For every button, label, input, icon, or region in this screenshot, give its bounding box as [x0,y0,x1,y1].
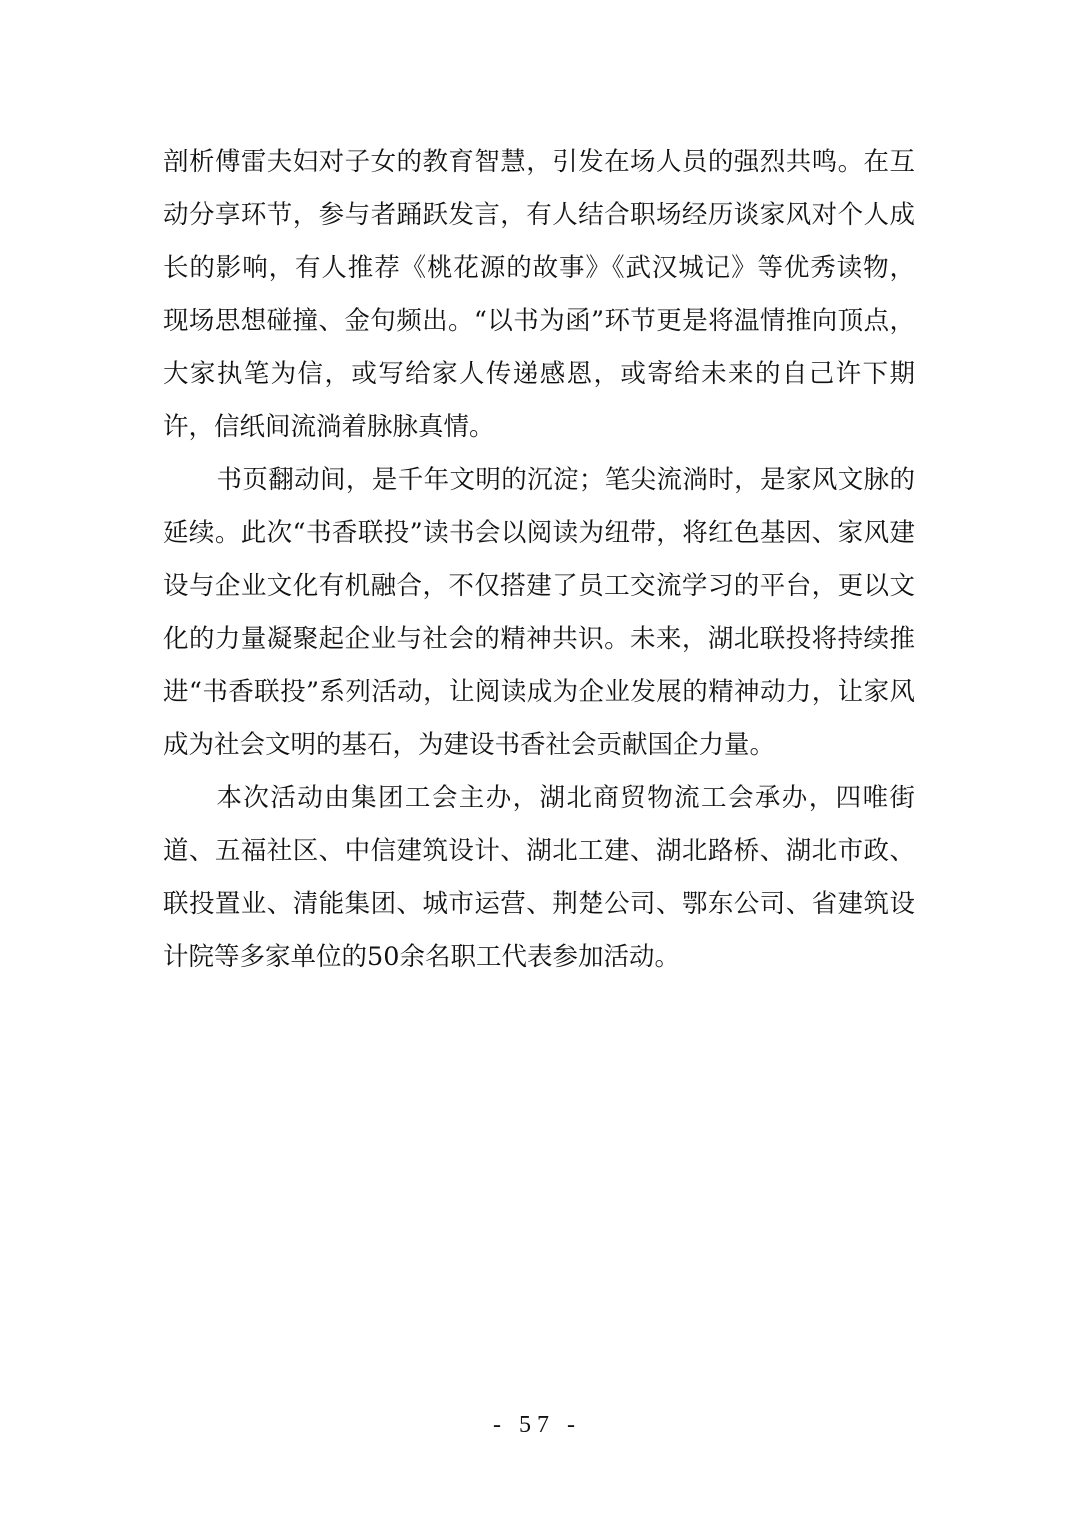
page-number: - 57 - [0,1412,1074,1439]
body-text: 剖析傅雷夫妇对子女的教育智慧，引发在场人员的强烈共鸣。在互动分享环节，参与者踊跃… [163,136,915,984]
paragraph-2: 书页翻动间，是千年文明的沉淀；笔尖流淌时，是家风文脉的延续。此次“书香联投”读书… [163,454,915,772]
document-page: 剖析傅雷夫妇对子女的教育智慧，引发在场人员的强烈共鸣。在互动分享环节，参与者踊跃… [0,0,1074,1520]
paragraph-1: 剖析傅雷夫妇对子女的教育智慧，引发在场人员的强烈共鸣。在互动分享环节，参与者踊跃… [163,136,915,454]
paragraph-3: 本次活动由集团工会主办，湖北商贸物流工会承办，四唯街道、五福社区、中信建筑设计、… [163,772,915,984]
